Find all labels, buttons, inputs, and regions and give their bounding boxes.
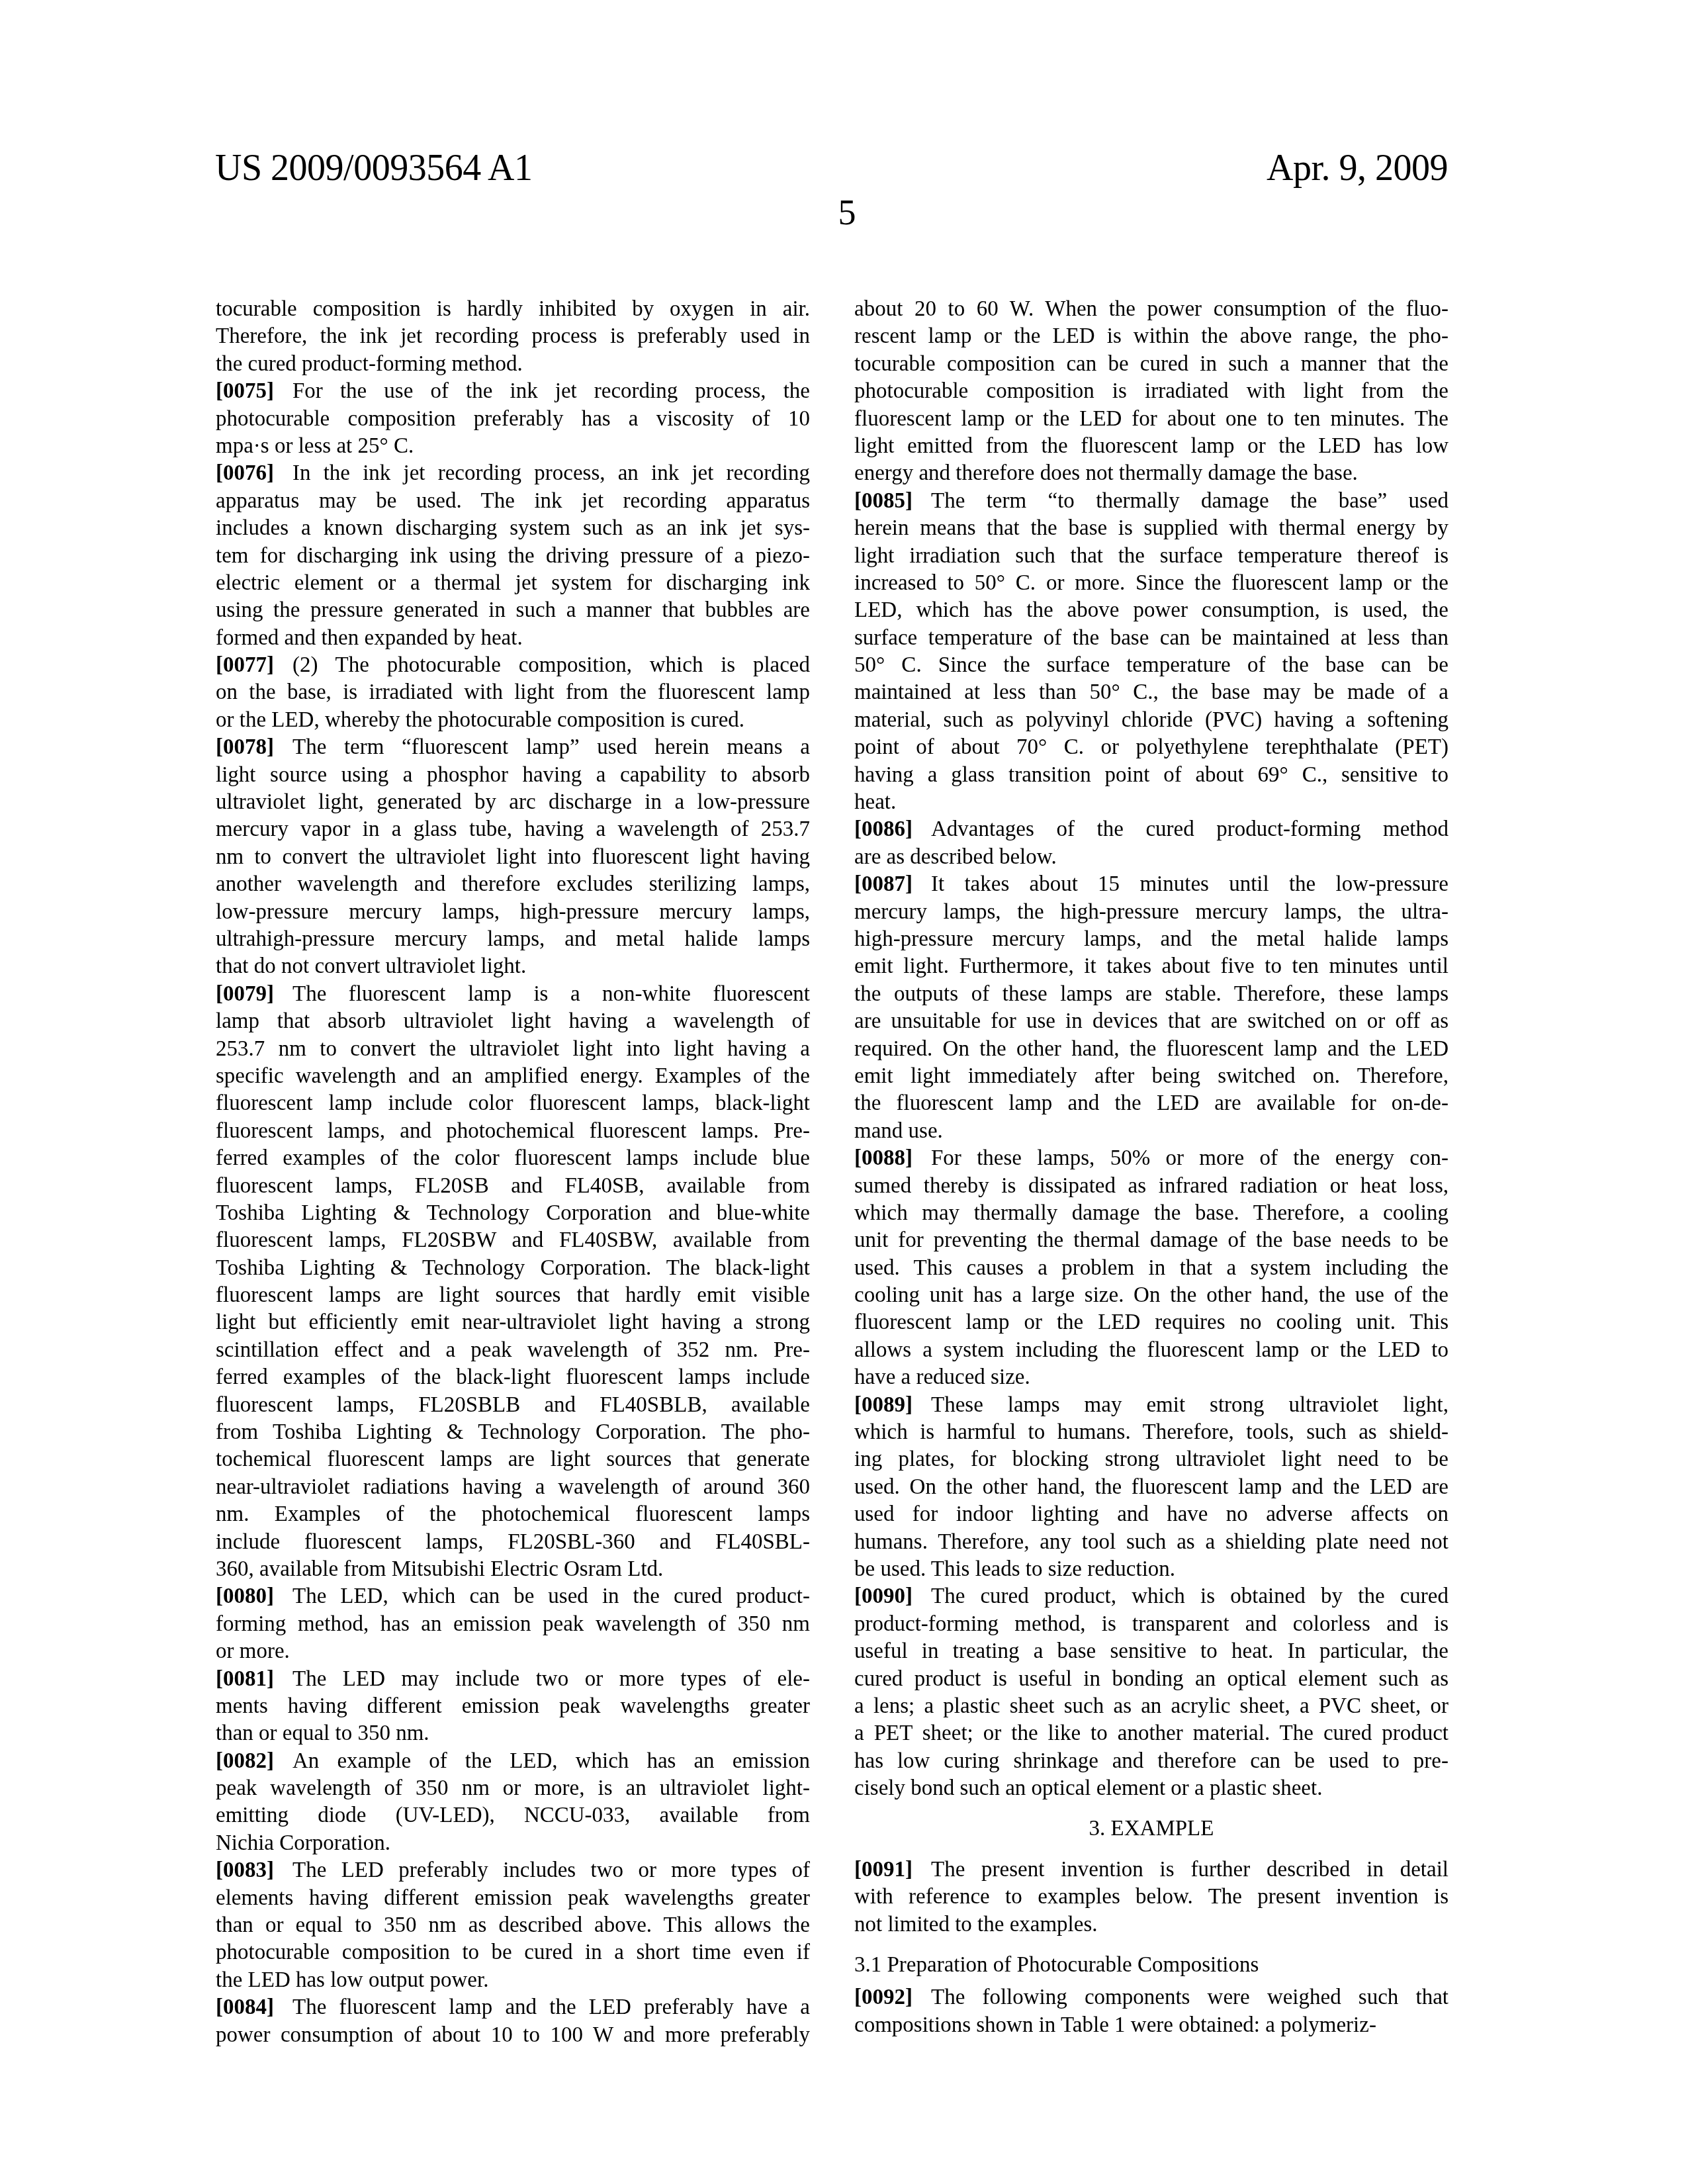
paragraph-0087: [0087]It takes about 15 minutes until th… <box>854 871 1449 1145</box>
line-text: cured product is useful in bonding an op… <box>854 1667 1449 1691</box>
paragraph-number: [0082] <box>216 1749 274 1773</box>
line-text: are as described below. <box>854 845 1057 869</box>
text-line: the fluorescent lamp and the LED are ava… <box>854 1090 1449 1117</box>
line-text: forming method, has an emission peak wav… <box>216 1612 810 1636</box>
text-line: with reference to examples below. The pr… <box>854 1884 1449 1911</box>
line-text: For the use of the ink jet recording pro… <box>292 379 810 403</box>
text-line: [0081]The LED may include two or more ty… <box>216 1666 810 1693</box>
paragraph-number: [0089] <box>854 1393 913 1417</box>
line-text: ferred examples of the color fluorescent… <box>216 1146 810 1170</box>
line-text: or the LED, whereby the photocurable com… <box>216 708 744 732</box>
paragraph-number: [0091] <box>854 1858 913 1882</box>
line-text: The present invention is further describ… <box>931 1858 1449 1882</box>
line-text: photocurable composition is irradiated w… <box>854 379 1449 403</box>
line-text: 360, available from Mitsubishi Electric … <box>216 1557 663 1581</box>
text-line: ferred examples of the black-light fluor… <box>216 1364 810 1391</box>
line-text: high-pressure mercury lamps, and the met… <box>854 927 1449 951</box>
line-text: or more. <box>216 1639 290 1663</box>
line-text: unit for preventing the thermal damage o… <box>854 1228 1449 1252</box>
text-line: light but efficiently emit near-ultravio… <box>216 1309 810 1336</box>
right-column: about 20 to 60 W. When the power consump… <box>854 296 1449 2039</box>
paragraph-number: [0081] <box>216 1667 274 1691</box>
text-line: on the base, is irradiated with light fr… <box>216 679 810 706</box>
line-text: cisely bond such an optical element or a… <box>854 1776 1322 1800</box>
paragraph-number: [0077] <box>216 653 274 677</box>
text-line: ferred examples of the color fluorescent… <box>216 1145 810 1172</box>
text-line: nm to convert the ultraviolet light into… <box>216 844 810 871</box>
text-line: tocurable composition is hardly inhibite… <box>216 296 810 323</box>
line-text: The LED preferably includes two or more … <box>292 1858 810 1882</box>
text-line: [0087]It takes about 15 minutes until th… <box>854 871 1449 898</box>
line-text: sumed thereby is dissipated as infrared … <box>854 1174 1449 1198</box>
text-line: tochemical fluorescent lamps are light s… <box>216 1446 810 1473</box>
line-text: electric element or a thermal jet system… <box>216 571 810 595</box>
line-text: nm to convert the ultraviolet light into… <box>216 845 810 869</box>
text-line: using the pressure generated in such a m… <box>216 597 810 624</box>
line-text: having a glass transition point of about… <box>854 763 1449 787</box>
line-text: another wavelength and therefore exclude… <box>216 872 810 896</box>
text-line: [0084]The fluorescent lamp and the LED p… <box>216 1994 810 2021</box>
line-text: scintillation effect and a peak waveleng… <box>216 1338 810 1362</box>
paragraph-number: [0084] <box>216 1995 274 2019</box>
text-line: or the LED, whereby the photocurable com… <box>216 707 810 734</box>
text-line: [0079]The fluorescent lamp is a non-whit… <box>216 981 810 1008</box>
line-text: the LED has low output power. <box>216 1968 488 1992</box>
text-line: sumed thereby is dissipated as infrared … <box>854 1173 1449 1200</box>
paragraph-0078: [0078]The term “fluorescent lamp” used h… <box>216 734 810 981</box>
line-text: ferred examples of the black-light fluor… <box>216 1365 810 1389</box>
text-line: apparatus may be used. The ink jet recor… <box>216 488 810 515</box>
line-text: low-pressure mercury lamps, high-pressur… <box>216 900 810 924</box>
publication-date: Apr. 9, 2009 <box>1267 147 1448 189</box>
paragraph-0090: [0090]The cured product, which is obtain… <box>854 1583 1449 1802</box>
text-line: emit light immediately after being switc… <box>854 1063 1449 1090</box>
line-text: mercury vapor in a glass tube, having a … <box>216 817 810 841</box>
text-line: [0083]The LED preferably includes two or… <box>216 1857 810 1884</box>
line-text: These lamps may emit strong ultraviolet … <box>931 1393 1449 1417</box>
text-line: fluorescent lamps, FL20SBW and FL40SBW, … <box>216 1227 810 1254</box>
section-title: 3. EXAMPLE <box>854 1815 1449 1843</box>
line-text: fluorescent lamps are light sources that… <box>216 1283 810 1307</box>
line-text: ultraviolet light, generated by arc disc… <box>216 790 810 814</box>
paragraph-number: [0086] <box>854 817 913 841</box>
line-text: have a reduced size. <box>854 1365 1030 1389</box>
text-line: rescent lamp or the LED is within the ab… <box>854 323 1449 350</box>
text-line: light source using a phosphor having a c… <box>216 762 810 789</box>
line-text: mpa·s or less at 25° C. <box>216 434 414 458</box>
paragraph-number: [0092] <box>854 1985 913 2009</box>
line-text: the cured product-forming method. <box>216 352 523 376</box>
line-text: ultrahigh-pressure mercury lamps, and me… <box>216 927 810 951</box>
line-text: tocurable composition is hardly inhibite… <box>216 297 810 321</box>
line-text: An example of the LED, which has an emis… <box>292 1749 810 1773</box>
line-text: photocurable composition preferably has … <box>216 407 810 431</box>
line-text: The cured product, which is obtained by … <box>931 1584 1449 1608</box>
line-text: lamp that absorb ultraviolet light havin… <box>216 1009 810 1033</box>
line-text: The fluorescent lamp and the LED prefera… <box>292 1995 810 2019</box>
line-text: photocurable composition to be cured in … <box>216 1940 810 1964</box>
text-line: used for indoor lighting and have no adv… <box>854 1501 1449 1528</box>
line-text: used. On the other hand, the fluorescent… <box>854 1475 1449 1499</box>
paragraph-number: [0083] <box>216 1858 274 1882</box>
line-text: increased to 50° C. or more. Since the f… <box>854 571 1449 595</box>
line-text: fluorescent lamp or the LED requires no … <box>854 1310 1449 1334</box>
text-line: point of about 70° C. or polyethylene te… <box>854 734 1449 761</box>
paragraph-0083: [0083]The LED preferably includes two or… <box>216 1857 810 1994</box>
line-text: The term “to thermally damage the base” … <box>931 489 1449 513</box>
line-text: a PET sheet; or the like to another mate… <box>854 1721 1449 1745</box>
line-text: a lens; a plastic sheet such as an acryl… <box>854 1694 1449 1718</box>
line-text: light irradiation such that the surface … <box>854 544 1449 568</box>
line-text: the fluorescent lamp and the LED are ava… <box>854 1091 1449 1115</box>
line-text: tem for discharging ink using the drivin… <box>216 544 810 568</box>
text-line: [0075]For the use of the ink jet recordi… <box>216 378 810 405</box>
line-text: LED, which has the above power consumpti… <box>854 598 1449 622</box>
line-text: 253.7 nm to convert the ultraviolet ligh… <box>216 1037 810 1061</box>
text-line: [0090]The cured product, which is obtain… <box>854 1583 1449 1610</box>
left-column: tocurable composition is hardly inhibite… <box>216 296 810 2049</box>
paragraph-0092: [0092]The following components were weig… <box>854 1984 1449 2039</box>
text-line: or more. <box>216 1638 810 1665</box>
page-number: 5 <box>0 192 1694 233</box>
text-line: not limited to the examples. <box>854 1911 1449 1938</box>
text-line: forming method, has an emission peak wav… <box>216 1611 810 1638</box>
text-line: scintillation effect and a peak waveleng… <box>216 1337 810 1364</box>
text-line: ments having different emission peak wav… <box>216 1693 810 1720</box>
text-line: are unsuitable for use in devices that a… <box>854 1008 1449 1035</box>
line-text: The LED, which can be used in the cured … <box>292 1584 810 1608</box>
line-text: Toshiba Lighting & Technology Corporatio… <box>216 1256 810 1280</box>
line-text: The fluorescent lamp is a non-white fluo… <box>292 982 810 1006</box>
text-line: used. This causes a problem in that a sy… <box>854 1255 1449 1282</box>
text-line: include fluorescent lamps, FL20SBL-360 a… <box>216 1529 810 1556</box>
text-line: specific wavelength and an amplified ene… <box>216 1063 810 1090</box>
line-text: material, such as polyvinyl chloride (PV… <box>854 708 1449 732</box>
line-text: ments having different emission peak wav… <box>216 1694 810 1718</box>
text-line: allows a system including the fluorescen… <box>854 1337 1449 1364</box>
text-line: Toshiba Lighting & Technology Corporatio… <box>216 1255 810 1282</box>
line-text: energy and therefore does not thermally … <box>854 461 1358 485</box>
paragraph-0089: [0089]These lamps may emit strong ultrav… <box>854 1392 1449 1584</box>
text-line: high-pressure mercury lamps, and the met… <box>854 926 1449 953</box>
line-text: The LED may include two or more types of… <box>292 1667 810 1691</box>
text-line: mercury vapor in a glass tube, having a … <box>216 816 810 843</box>
line-text: It takes about 15 minutes until the low-… <box>931 872 1449 896</box>
text-line: [0091]The present invention is further d… <box>854 1856 1449 1884</box>
text-line: [0085]The term “to thermally damage the … <box>854 488 1449 515</box>
line-text: (2) The photocurable composition, which … <box>292 653 810 677</box>
text-line: heat. <box>854 789 1449 816</box>
right-paragraphs: about 20 to 60 W. When the power consump… <box>854 296 1449 1802</box>
paragraph-number: [0078] <box>216 735 274 759</box>
text-line: ing plates, for blocking strong ultravio… <box>854 1446 1449 1473</box>
text-line: [0076]In the ink jet recording process, … <box>216 460 810 487</box>
line-text: light emitted from the fluorescent lamp … <box>854 434 1449 458</box>
text-line: [0080]The LED, which can be used in the … <box>216 1583 810 1610</box>
line-text: not limited to the examples. <box>854 1913 1098 1936</box>
text-line: tem for discharging ink using the drivin… <box>216 543 810 570</box>
text-line: fluorescent lamp or the LED requires no … <box>854 1309 1449 1336</box>
line-text: rescent lamp or the LED is within the ab… <box>854 324 1449 348</box>
publication-number: US 2009/0093564 A1 <box>215 147 533 189</box>
line-text: from Toshiba Lighting & Technology Corpo… <box>216 1420 810 1444</box>
paragraph-number: [0076] <box>216 461 274 485</box>
paragraph-number: [0075] <box>216 379 274 403</box>
text-line: that do not convert ultraviolet light. <box>216 953 810 980</box>
line-text: The term “fluorescent lamp” used herein … <box>292 735 810 759</box>
line-text: used. This causes a problem in that a sy… <box>854 1256 1449 1280</box>
line-text: used for indoor lighting and have no adv… <box>854 1502 1449 1526</box>
text-line: photocurable composition to be cured in … <box>216 1939 810 1966</box>
text-line: humans. Therefore, any tool such as a sh… <box>854 1529 1449 1556</box>
paragraph-0076: [0076]In the ink jet recording process, … <box>216 460 810 652</box>
text-line: has low curing shrinkage and therefore c… <box>854 1748 1449 1775</box>
text-line: energy and therefore does not thermally … <box>854 460 1449 487</box>
text-line: [0092]The following components were weig… <box>854 1984 1449 2011</box>
text-line: Nichia Corporation. <box>216 1830 810 1857</box>
text-line: than or equal to 350 nm as described abo… <box>216 1912 810 1939</box>
text-line: about 20 to 60 W. When the power consump… <box>854 296 1449 323</box>
line-text: fluorescent lamps, FL20SBLB and FL40SBLB… <box>216 1393 810 1417</box>
text-line: [0078]The term “fluorescent lamp” used h… <box>216 734 810 761</box>
line-text: specific wavelength and an amplified ene… <box>216 1064 810 1088</box>
text-line: have a reduced size. <box>854 1364 1449 1391</box>
text-line: light emitted from the fluorescent lamp … <box>854 433 1449 460</box>
paragraph-number: [0080] <box>216 1584 274 1608</box>
line-text: allows a system including the fluorescen… <box>854 1338 1449 1362</box>
paragraph-0082: [0082]An example of the LED, which has a… <box>216 1748 810 1858</box>
paragraph-0084: [0084]The fluorescent lamp and the LED p… <box>216 1994 810 2049</box>
text-line: having a glass transition point of about… <box>854 762 1449 789</box>
line-text: humans. Therefore, any tool such as a sh… <box>854 1530 1449 1554</box>
line-text: which may thermally damage the base. The… <box>854 1201 1449 1225</box>
paragraph-0080: [0080]The LED, which can be used in the … <box>216 1583 810 1665</box>
line-text: useful in treating a base sensitive to h… <box>854 1639 1449 1663</box>
paragraph-number: [0085] <box>854 489 913 513</box>
text-line: power consumption of about 10 to 100 W a… <box>216 2022 810 2049</box>
text-line: from Toshiba Lighting & Technology Corpo… <box>216 1419 810 1446</box>
paragraph-0086: [0086]Advantages of the cured product-fo… <box>854 816 1449 871</box>
text-line: material, such as polyvinyl chloride (PV… <box>854 707 1449 734</box>
text-line: 253.7 nm to convert the ultraviolet ligh… <box>216 1036 810 1063</box>
line-text: on the base, is irradiated with light fr… <box>216 680 810 704</box>
line-text: Therefore, the ink jet recording process… <box>216 324 810 348</box>
text-line: the LED has low output power. <box>216 1967 810 1994</box>
line-text: formed and then expanded by heat. <box>216 626 523 650</box>
line-text: near-ultraviolet radiations having a wav… <box>216 1475 810 1499</box>
line-text: heat. <box>854 790 896 814</box>
paragraph-0085: [0085]The term “to thermally damage the … <box>854 488 1449 817</box>
text-line: than or equal to 350 nm. <box>216 1720 810 1747</box>
text-line: [0088]For these lamps, 50% or more of th… <box>854 1145 1449 1172</box>
text-line: product-forming method, is transparent a… <box>854 1611 1449 1638</box>
text-line: maintained at less than 50° C., the base… <box>854 679 1449 706</box>
line-text: In the ink jet recording process, an ink… <box>292 461 810 485</box>
line-text: Advantages of the cured product-forming … <box>931 817 1449 841</box>
line-text: Nichia Corporation. <box>216 1831 390 1855</box>
line-text: herein means that the base is supplied w… <box>854 516 1449 540</box>
text-line: formed and then expanded by heat. <box>216 625 810 652</box>
text-line: includes a known discharging system such… <box>216 515 810 542</box>
paragraph-continued: tocurable composition is hardly inhibite… <box>216 296 810 378</box>
text-line: another wavelength and therefore exclude… <box>216 871 810 898</box>
text-line: mand use. <box>854 1118 1449 1145</box>
text-line: LED, which has the above power consumpti… <box>854 597 1449 624</box>
text-line: mercury lamps, the high-pressure mercury… <box>854 899 1449 926</box>
line-text: ing plates, for blocking strong ultravio… <box>854 1447 1449 1471</box>
text-line: Therefore, the ink jet recording process… <box>216 323 810 350</box>
line-text: cooling unit has a large size. On the ot… <box>854 1283 1449 1307</box>
text-line: near-ultraviolet radiations having a wav… <box>216 1474 810 1501</box>
line-text: apparatus may be used. The ink jet recor… <box>216 489 810 513</box>
line-text: For these lamps, 50% or more of the ener… <box>931 1146 1449 1170</box>
paragraph-0091: [0091]The present invention is further d… <box>854 1856 1449 1938</box>
paragraph-number: [0087] <box>854 872 913 896</box>
paragraph-0092: [0092]The following components were weig… <box>854 1984 1449 2039</box>
text-line: [0077](2) The photocurable composition, … <box>216 652 810 679</box>
line-text: nm. Examples of the photochemical fluore… <box>216 1502 810 1526</box>
line-text: light but efficiently emit near-ultravio… <box>216 1310 810 1334</box>
line-text: power consumption of about 10 to 100 W a… <box>216 2023 810 2047</box>
line-text: mand use. <box>854 1119 943 1143</box>
line-text: about 20 to 60 W. When the power consump… <box>854 297 1449 321</box>
paragraph-continued: about 20 to 60 W. When the power consump… <box>854 296 1449 488</box>
line-text: includes a known discharging system such… <box>216 516 810 540</box>
text-line: used. On the other hand, the fluorescent… <box>854 1474 1449 1501</box>
line-text: product-forming method, is transparent a… <box>854 1612 1449 1636</box>
line-text: light source using a phosphor having a c… <box>216 763 810 787</box>
paragraph-0075: [0075]For the use of the ink jet recordi… <box>216 378 810 460</box>
line-text: required. On the other hand, the fluores… <box>854 1037 1449 1061</box>
paragraph-0081: [0081]The LED may include two or more ty… <box>216 1666 810 1748</box>
text-line: surface temperature of the base can be m… <box>854 625 1449 652</box>
text-line: are as described below. <box>854 844 1449 871</box>
paragraph-0091: [0091]The present invention is further d… <box>854 1856 1449 1938</box>
text-line: 360, available from Mitsubishi Electric … <box>216 1556 810 1583</box>
line-text: point of about 70° C. or polyethylene te… <box>854 735 1449 759</box>
text-line: required. On the other hand, the fluores… <box>854 1036 1449 1063</box>
text-line: low-pressure mercury lamps, high-pressur… <box>216 899 810 926</box>
paragraph-0077: [0077](2) The photocurable composition, … <box>216 652 810 734</box>
text-line: 50° C. Since the surface temperature of … <box>854 652 1449 679</box>
text-line: fluorescent lamps, FL20SB and FL40SB, av… <box>216 1173 810 1200</box>
line-text: be used. This leads to size reduction. <box>854 1557 1175 1581</box>
text-line: fluorescent lamp include color fluoresce… <box>216 1090 810 1117</box>
text-line: the cured product-forming method. <box>216 351 810 378</box>
line-text: elements having different emission peak … <box>216 1886 810 1910</box>
text-line: which may thermally damage the base. The… <box>854 1200 1449 1227</box>
text-line: cisely bond such an optical element or a… <box>854 1775 1449 1802</box>
text-line: fluorescent lamps, FL20SBLB and FL40SBLB… <box>216 1392 810 1419</box>
text-line: mpa·s or less at 25° C. <box>216 433 810 460</box>
line-text: emitting diode (UV-LED), NCCU-033, avail… <box>216 1803 810 1827</box>
text-line: fluorescent lamp or the LED for about on… <box>854 406 1449 433</box>
line-text: fluorescent lamp or the LED for about on… <box>854 407 1449 431</box>
text-line: tocurable composition can be cured in su… <box>854 351 1449 378</box>
line-text: fluorescent lamps, FL20SBW and FL40SBW, … <box>216 1228 810 1252</box>
line-text: which is harmful to humans. Therefore, t… <box>854 1420 1449 1444</box>
text-line: a PET sheet; or the like to another mate… <box>854 1720 1449 1747</box>
text-line: emitting diode (UV-LED), NCCU-033, avail… <box>216 1802 810 1829</box>
text-line: fluorescent lamps are light sources that… <box>216 1282 810 1309</box>
line-text: with reference to examples below. The pr… <box>854 1885 1449 1909</box>
paragraph-number: [0088] <box>854 1146 913 1170</box>
line-text: that do not convert ultraviolet light. <box>216 954 526 978</box>
line-text: The following components were weighed su… <box>931 1985 1449 2009</box>
line-text: surface temperature of the base can be m… <box>854 626 1449 650</box>
text-line: photocurable composition preferably has … <box>216 406 810 433</box>
line-text: emit light immediately after being switc… <box>854 1064 1449 1088</box>
text-line: which is harmful to humans. Therefore, t… <box>854 1419 1449 1446</box>
line-text: fluorescent lamp include color fluoresce… <box>216 1091 810 1115</box>
line-text: maintained at less than 50° C., the base… <box>854 680 1449 704</box>
line-text: has low curing shrinkage and therefore c… <box>854 1749 1449 1773</box>
line-text: Toshiba Lighting & Technology Corporatio… <box>216 1201 810 1225</box>
line-text: the outputs of these lamps are stable. T… <box>854 982 1449 1006</box>
paragraph-0088: [0088]For these lamps, 50% or more of th… <box>854 1145 1449 1392</box>
text-line: compositions shown in Table 1 were obtai… <box>854 2012 1449 2039</box>
paragraph-number: [0090] <box>854 1584 913 1608</box>
text-line: ultraviolet light, generated by arc disc… <box>216 789 810 816</box>
text-line: cured product is useful in bonding an op… <box>854 1666 1449 1693</box>
line-text: mercury lamps, the high-pressure mercury… <box>854 900 1449 924</box>
text-line: a lens; a plastic sheet such as an acryl… <box>854 1693 1449 1720</box>
line-text: 50° C. Since the surface temperature of … <box>854 653 1449 677</box>
text-line: peak wavelength of 350 nm or more, is an… <box>216 1775 810 1802</box>
line-text: tochemical fluorescent lamps are light s… <box>216 1447 810 1471</box>
line-text: fluorescent lamps, FL20SB and FL40SB, av… <box>216 1174 810 1198</box>
text-line: photocurable composition is irradiated w… <box>854 378 1449 405</box>
subsection-title: 3.1 Preparation of Photocurable Composit… <box>854 1952 1449 1979</box>
text-line: herein means that the base is supplied w… <box>854 515 1449 542</box>
line-text: than or equal to 350 nm as described abo… <box>216 1913 810 1937</box>
paragraph-number: [0079] <box>216 982 274 1006</box>
text-line: useful in treating a base sensitive to h… <box>854 1638 1449 1665</box>
text-line: [0089]These lamps may emit strong ultrav… <box>854 1392 1449 1419</box>
text-line: elements having different emission peak … <box>216 1885 810 1912</box>
line-text: peak wavelength of 350 nm or more, is an… <box>216 1776 810 1800</box>
text-line: [0086]Advantages of the cured product-fo… <box>854 816 1449 843</box>
text-line: unit for preventing the thermal damage o… <box>854 1227 1449 1254</box>
text-line: lamp that absorb ultraviolet light havin… <box>216 1008 810 1035</box>
line-text: using the pressure generated in such a m… <box>216 598 810 622</box>
line-text: emit light. Furthermore, it takes about … <box>854 954 1449 978</box>
line-text: than or equal to 350 nm. <box>216 1721 429 1745</box>
text-line: nm. Examples of the photochemical fluore… <box>216 1501 810 1528</box>
line-text: tocurable composition can be cured in su… <box>854 352 1449 376</box>
line-text: compositions shown in Table 1 were obtai… <box>854 2013 1376 2037</box>
text-line: emit light. Furthermore, it takes about … <box>854 953 1449 980</box>
paragraph-0079: [0079]The fluorescent lamp is a non-whit… <box>216 981 810 1584</box>
text-line: ultrahigh-pressure mercury lamps, and me… <box>216 926 810 953</box>
text-line: light irradiation such that the surface … <box>854 543 1449 570</box>
text-line: the outputs of these lamps are stable. T… <box>854 981 1449 1008</box>
line-text: fluorescent lamps, and photochemical flu… <box>216 1119 810 1143</box>
text-line: [0082]An example of the LED, which has a… <box>216 1748 810 1775</box>
line-text: are unsuitable for use in devices that a… <box>854 1009 1449 1033</box>
text-line: cooling unit has a large size. On the ot… <box>854 1282 1449 1309</box>
text-line: electric element or a thermal jet system… <box>216 570 810 597</box>
text-line: be used. This leads to size reduction. <box>854 1556 1449 1583</box>
text-line: Toshiba Lighting & Technology Corporatio… <box>216 1200 810 1227</box>
text-line: fluorescent lamps, and photochemical flu… <box>216 1118 810 1145</box>
text-line: increased to 50° C. or more. Since the f… <box>854 570 1449 597</box>
line-text: include fluorescent lamps, FL20SBL-360 a… <box>216 1530 810 1554</box>
